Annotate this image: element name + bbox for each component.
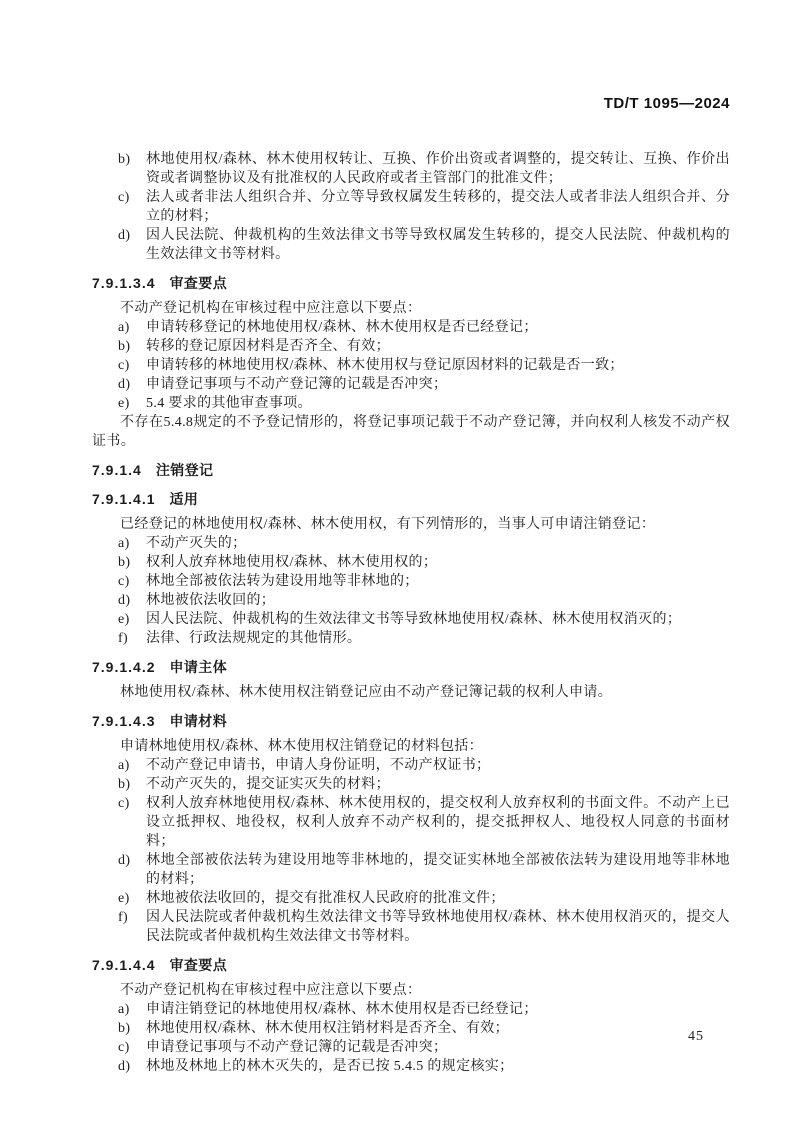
- section-title: 审查要点: [170, 275, 228, 291]
- ordered-list: a)申请注销登记的林地使用权/森林、林木使用权是否已经登记；b)林地使用权/森林…: [92, 1000, 730, 1076]
- list-item-text: 转移的登记原因材料是否齐全、有效；: [146, 337, 730, 356]
- ordered-list: b)林地使用权/森林、林木使用权转让、互换、作价出资或者调整的，提交转让、互换、…: [92, 150, 730, 264]
- ordered-list: a)申请转移登记的林地使用权/森林、林木使用权是否已经登记；b)转移的登记原因材…: [92, 318, 730, 413]
- list-item: d)申请登记事项与不动产登记簿的记载是否冲突；: [92, 375, 730, 394]
- list-item-text: 申请登记事项与不动产登记簿的记载是否冲突；: [146, 375, 730, 394]
- list-item-text: 林地及林地上的林木灭失的，是否已按 5.4.5 的规定核实；: [146, 1057, 730, 1076]
- list-item: d)因人民法院、仲裁机构的生效法律文书等导致权属发生转移的，提交人民法院、仲裁机…: [92, 226, 730, 264]
- list-item-label: b): [118, 150, 146, 188]
- list-item-label: a): [118, 318, 146, 337]
- section-title: 申请材料: [170, 713, 228, 729]
- list-item-text: 申请转移登记的林地使用权/森林、林木使用权是否已经登记；: [146, 318, 730, 337]
- list-item-label: e): [118, 610, 146, 629]
- paragraph: 林地使用权/森林、林木使用权注销登记应由不动产登记簿记载的权利人申请。: [92, 683, 730, 702]
- list-item-text: 不动产登记申请书，申请人身份证明，不动产权证书；: [146, 756, 730, 775]
- list-item-label: d): [118, 1057, 146, 1076]
- list-item-label: d): [118, 851, 146, 889]
- standard-number: TD/T 1095—2024: [604, 95, 730, 112]
- list-item: c)申请登记事项与不动产登记簿的记载是否冲突；: [92, 1038, 730, 1057]
- list-item: c)权利人放弃林地使用权/森林、林木使用权的，提交权利人放弃权利的书面文件。不动…: [92, 794, 730, 851]
- list-item: e)因人民法院、仲裁机构的生效法律文书等导致林地使用权/森林、林木使用权消灭的；: [92, 610, 730, 629]
- list-item-label: b): [118, 553, 146, 572]
- list-item-label: b): [118, 337, 146, 356]
- list-item-label: a): [118, 756, 146, 775]
- list-item: b)权利人放弃林地使用权/森林、林木使用权的；: [92, 553, 730, 572]
- list-item-text: 林地使用权/森林、林木使用权转让、互换、作价出资或者调整的，提交转让、互换、作价…: [146, 150, 730, 188]
- paragraph: 申请林地使用权/森林、林木使用权注销登记的材料包括：: [92, 737, 730, 756]
- paragraph: 不存在5.4.8规定的不予登记情形的，将登记事项记载于不动产登记簿，并向权利人核…: [92, 413, 730, 451]
- section-number: 7.9.1.4.3: [92, 713, 156, 729]
- ordered-list: a)不动产登记申请书，申请人身份证明，不动产权证书；b)不动产灭失的，提交证实灭…: [92, 756, 730, 946]
- list-item-text: 因人民法院、仲裁机构的生效法律文书等导致林地使用权/森林、林木使用权消灭的；: [146, 610, 730, 629]
- section-heading: 7.9.1.4注销登记: [92, 461, 730, 480]
- list-item-label: f): [118, 629, 146, 648]
- list-item-label: d): [118, 226, 146, 264]
- list-item-text: 不动产灭失的；: [146, 534, 730, 553]
- document-page: TD/T 1095—2024 b)林地使用权/森林、林木使用权转让、互换、作价出…: [0, 0, 793, 1122]
- list-item: d)林地被依法收回的；: [92, 591, 730, 610]
- list-item: f)因人民法院或者仲裁机构生效法律文书等导致林地使用权/森林、林木使用权消灭的，…: [92, 908, 730, 946]
- list-item-text: 因人民法院或者仲裁机构生效法律文书等导致林地使用权/森林、林木使用权消灭的，提交…: [146, 908, 730, 946]
- list-item: a)申请转移登记的林地使用权/森林、林木使用权是否已经登记；: [92, 318, 730, 337]
- list-item: c)林地全部被依法转为建设用地等非林地的；: [92, 572, 730, 591]
- list-item-label: c): [118, 1038, 146, 1057]
- section-heading: 7.9.1.4.3申请材料: [92, 712, 730, 731]
- section-number: 7.9.1.4: [92, 462, 142, 478]
- list-item-text: 5.4 要求的其他审查事项。: [146, 394, 730, 413]
- list-item: a)不动产登记申请书，申请人身份证明，不动产权证书；: [92, 756, 730, 775]
- list-item-label: a): [118, 534, 146, 553]
- paragraph: 已经登记的林地使用权/森林、林木使用权，有下列情形的，当事人可申请注销登记：: [92, 515, 730, 534]
- list-item-label: b): [118, 775, 146, 794]
- section-heading: 7.9.1.4.2申请主体: [92, 658, 730, 677]
- list-item-label: e): [118, 394, 146, 413]
- page-number: 45: [688, 1029, 704, 1045]
- list-item-text: 申请注销登记的林地使用权/森林、林木使用权是否已经登记；: [146, 1000, 730, 1019]
- section-heading: 7.9.1.4.4审查要点: [92, 956, 730, 975]
- list-item-label: c): [118, 356, 146, 375]
- list-item-text: 权利人放弃林地使用权/森林、林木使用权的，提交权利人放弃权利的书面文件。不动产上…: [146, 794, 730, 851]
- list-item-text: 法人或者非法人组织合并、分立等导致权属发生转移的，提交法人或者非法人组织合并、分…: [146, 188, 730, 226]
- list-item: a)不动产灭失的；: [92, 534, 730, 553]
- list-item-text: 林地被依法收回的，提交有批准权人民政府的批准文件；: [146, 889, 730, 908]
- document-body: b)林地使用权/森林、林木使用权转让、互换、作价出资或者调整的，提交转让、互换、…: [92, 150, 730, 1076]
- list-item: b)林地使用权/森林、林木使用权注销材料是否齐全、有效；: [92, 1019, 730, 1038]
- list-item-text: 因人民法院、仲裁机构的生效法律文书等导致权属发生转移的，提交人民法院、仲裁机构的…: [146, 226, 730, 264]
- list-item: c)法人或者非法人组织合并、分立等导致权属发生转移的，提交法人或者非法人组织合并…: [92, 188, 730, 226]
- paragraph: 不动产登记机构在审核过程中应注意以下要点：: [92, 299, 730, 318]
- list-item: b)不动产灭失的，提交证实灭失的材料；: [92, 775, 730, 794]
- section-number: 7.9.1.4.4: [92, 957, 156, 973]
- list-item-label: d): [118, 591, 146, 610]
- list-item: e)5.4 要求的其他审查事项。: [92, 394, 730, 413]
- list-item-label: c): [118, 572, 146, 591]
- list-item: a)申请注销登记的林地使用权/森林、林木使用权是否已经登记；: [92, 1000, 730, 1019]
- section-title: 注销登记: [156, 462, 214, 478]
- list-item: b)林地使用权/森林、林木使用权转让、互换、作价出资或者调整的，提交转让、互换、…: [92, 150, 730, 188]
- list-item-text: 林地使用权/森林、林木使用权注销材料是否齐全、有效；: [146, 1019, 730, 1038]
- list-item-label: c): [118, 188, 146, 226]
- paragraph: 不动产登记机构在审核过程中应注意以下要点：: [92, 981, 730, 1000]
- list-item-text: 不动产灭失的，提交证实灭失的材料；: [146, 775, 730, 794]
- list-item-text: 申请转移的林地使用权/森林、林木使用权与登记原因材料的记载是否一致；: [146, 356, 730, 375]
- list-item-text: 申请登记事项与不动产登记簿的记载是否冲突；: [146, 1038, 730, 1057]
- list-item: b)转移的登记原因材料是否齐全、有效；: [92, 337, 730, 356]
- list-item-label: c): [118, 794, 146, 851]
- section-heading: 7.9.1.3.4审查要点: [92, 274, 730, 293]
- list-item-text: 权利人放弃林地使用权/森林、林木使用权的；: [146, 553, 730, 572]
- section-title: 申请主体: [170, 659, 228, 675]
- section-heading: 7.9.1.4.1适用: [92, 490, 730, 509]
- list-item: d)林地全部被依法转为建设用地等非林地的，提交证实林地全部被依法转为建设用地等非…: [92, 851, 730, 889]
- list-item-label: f): [118, 908, 146, 946]
- list-item-label: a): [118, 1000, 146, 1019]
- section-title: 审查要点: [170, 957, 228, 973]
- list-item-label: d): [118, 375, 146, 394]
- list-item: f)法律、行政法规规定的其他情形。: [92, 629, 730, 648]
- list-item-text: 法律、行政法规规定的其他情形。: [146, 629, 730, 648]
- list-item-text: 林地全部被依法转为建设用地等非林地的；: [146, 572, 730, 591]
- section-number: 7.9.1.4.1: [92, 491, 156, 507]
- section-title: 适用: [170, 491, 199, 507]
- list-item-text: 林地全部被依法转为建设用地等非林地的，提交证实林地全部被依法转为建设用地等非林地…: [146, 851, 730, 889]
- ordered-list: a)不动产灭失的；b)权利人放弃林地使用权/森林、林木使用权的；c)林地全部被依…: [92, 534, 730, 648]
- list-item-label: e): [118, 889, 146, 908]
- section-number: 7.9.1.3.4: [92, 275, 156, 291]
- list-item-text: 林地被依法收回的；: [146, 591, 730, 610]
- list-item: c)申请转移的林地使用权/森林、林木使用权与登记原因材料的记载是否一致；: [92, 356, 730, 375]
- list-item: d)林地及林地上的林木灭失的，是否已按 5.4.5 的规定核实；: [92, 1057, 730, 1076]
- list-item-label: b): [118, 1019, 146, 1038]
- section-number: 7.9.1.4.2: [92, 659, 156, 675]
- list-item: e)林地被依法收回的，提交有批准权人民政府的批准文件；: [92, 889, 730, 908]
